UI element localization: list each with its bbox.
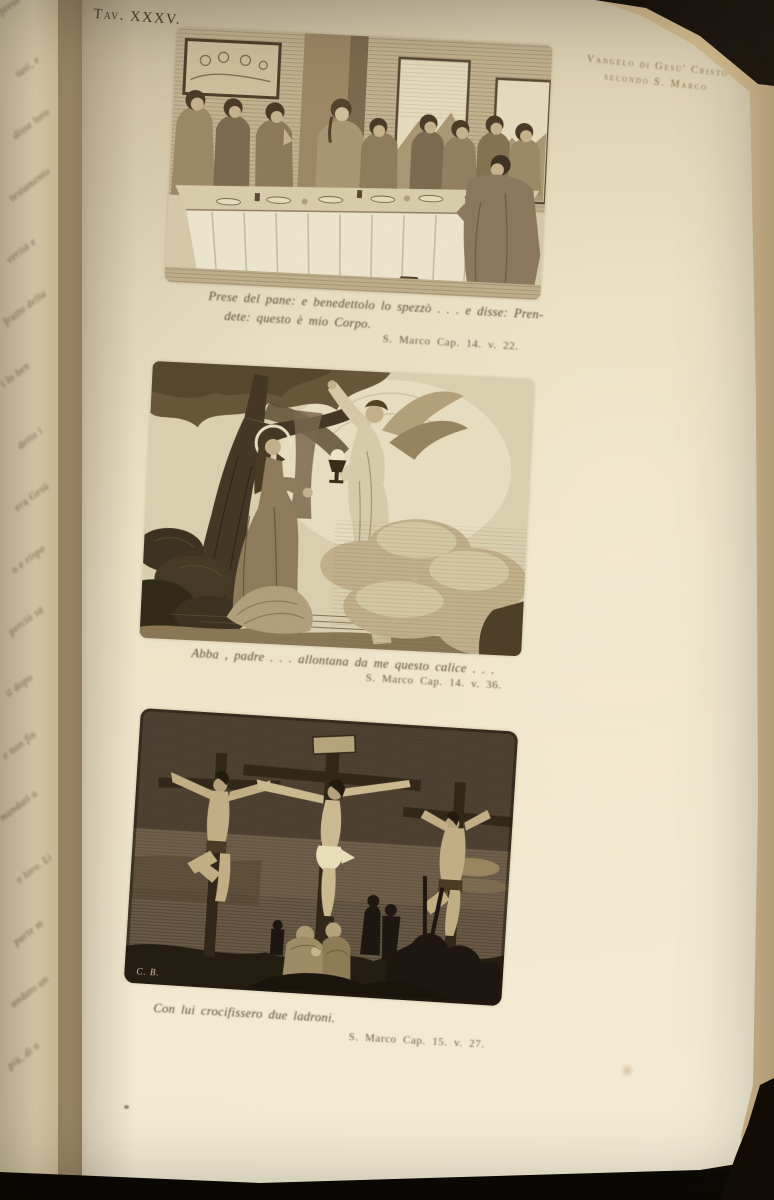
crucifixion-caption: Con lui crocifissero due ladroni. [153,999,336,1028]
crucifixion-illustration: C. B. [124,708,519,1006]
plate-label: Tav. XXXV. [93,6,182,29]
book-page: preso iltasi, edisse lorotestamentoverit… [0,0,774,1200]
page-content: Tav. XXXV. Vangelo di Gesu' Cristo secon… [0,0,774,1200]
crucifixion-engraving: C. B. [124,708,519,1006]
engraver-signature: C. B. [136,966,160,977]
last-supper-illustration [165,27,553,300]
page-stain [618,1064,636,1077]
last-supper-engraving [165,27,553,300]
book-photo: preso iltasi, edisse lorotestamentoverit… [0,0,774,1200]
gethsemane-illustration [139,361,534,656]
agony-in-the-garden-engraving [139,361,534,656]
crucifixion-citation: S. Marco Cap. 15. v. 27. [348,1031,485,1051]
page-speck [124,1105,129,1109]
